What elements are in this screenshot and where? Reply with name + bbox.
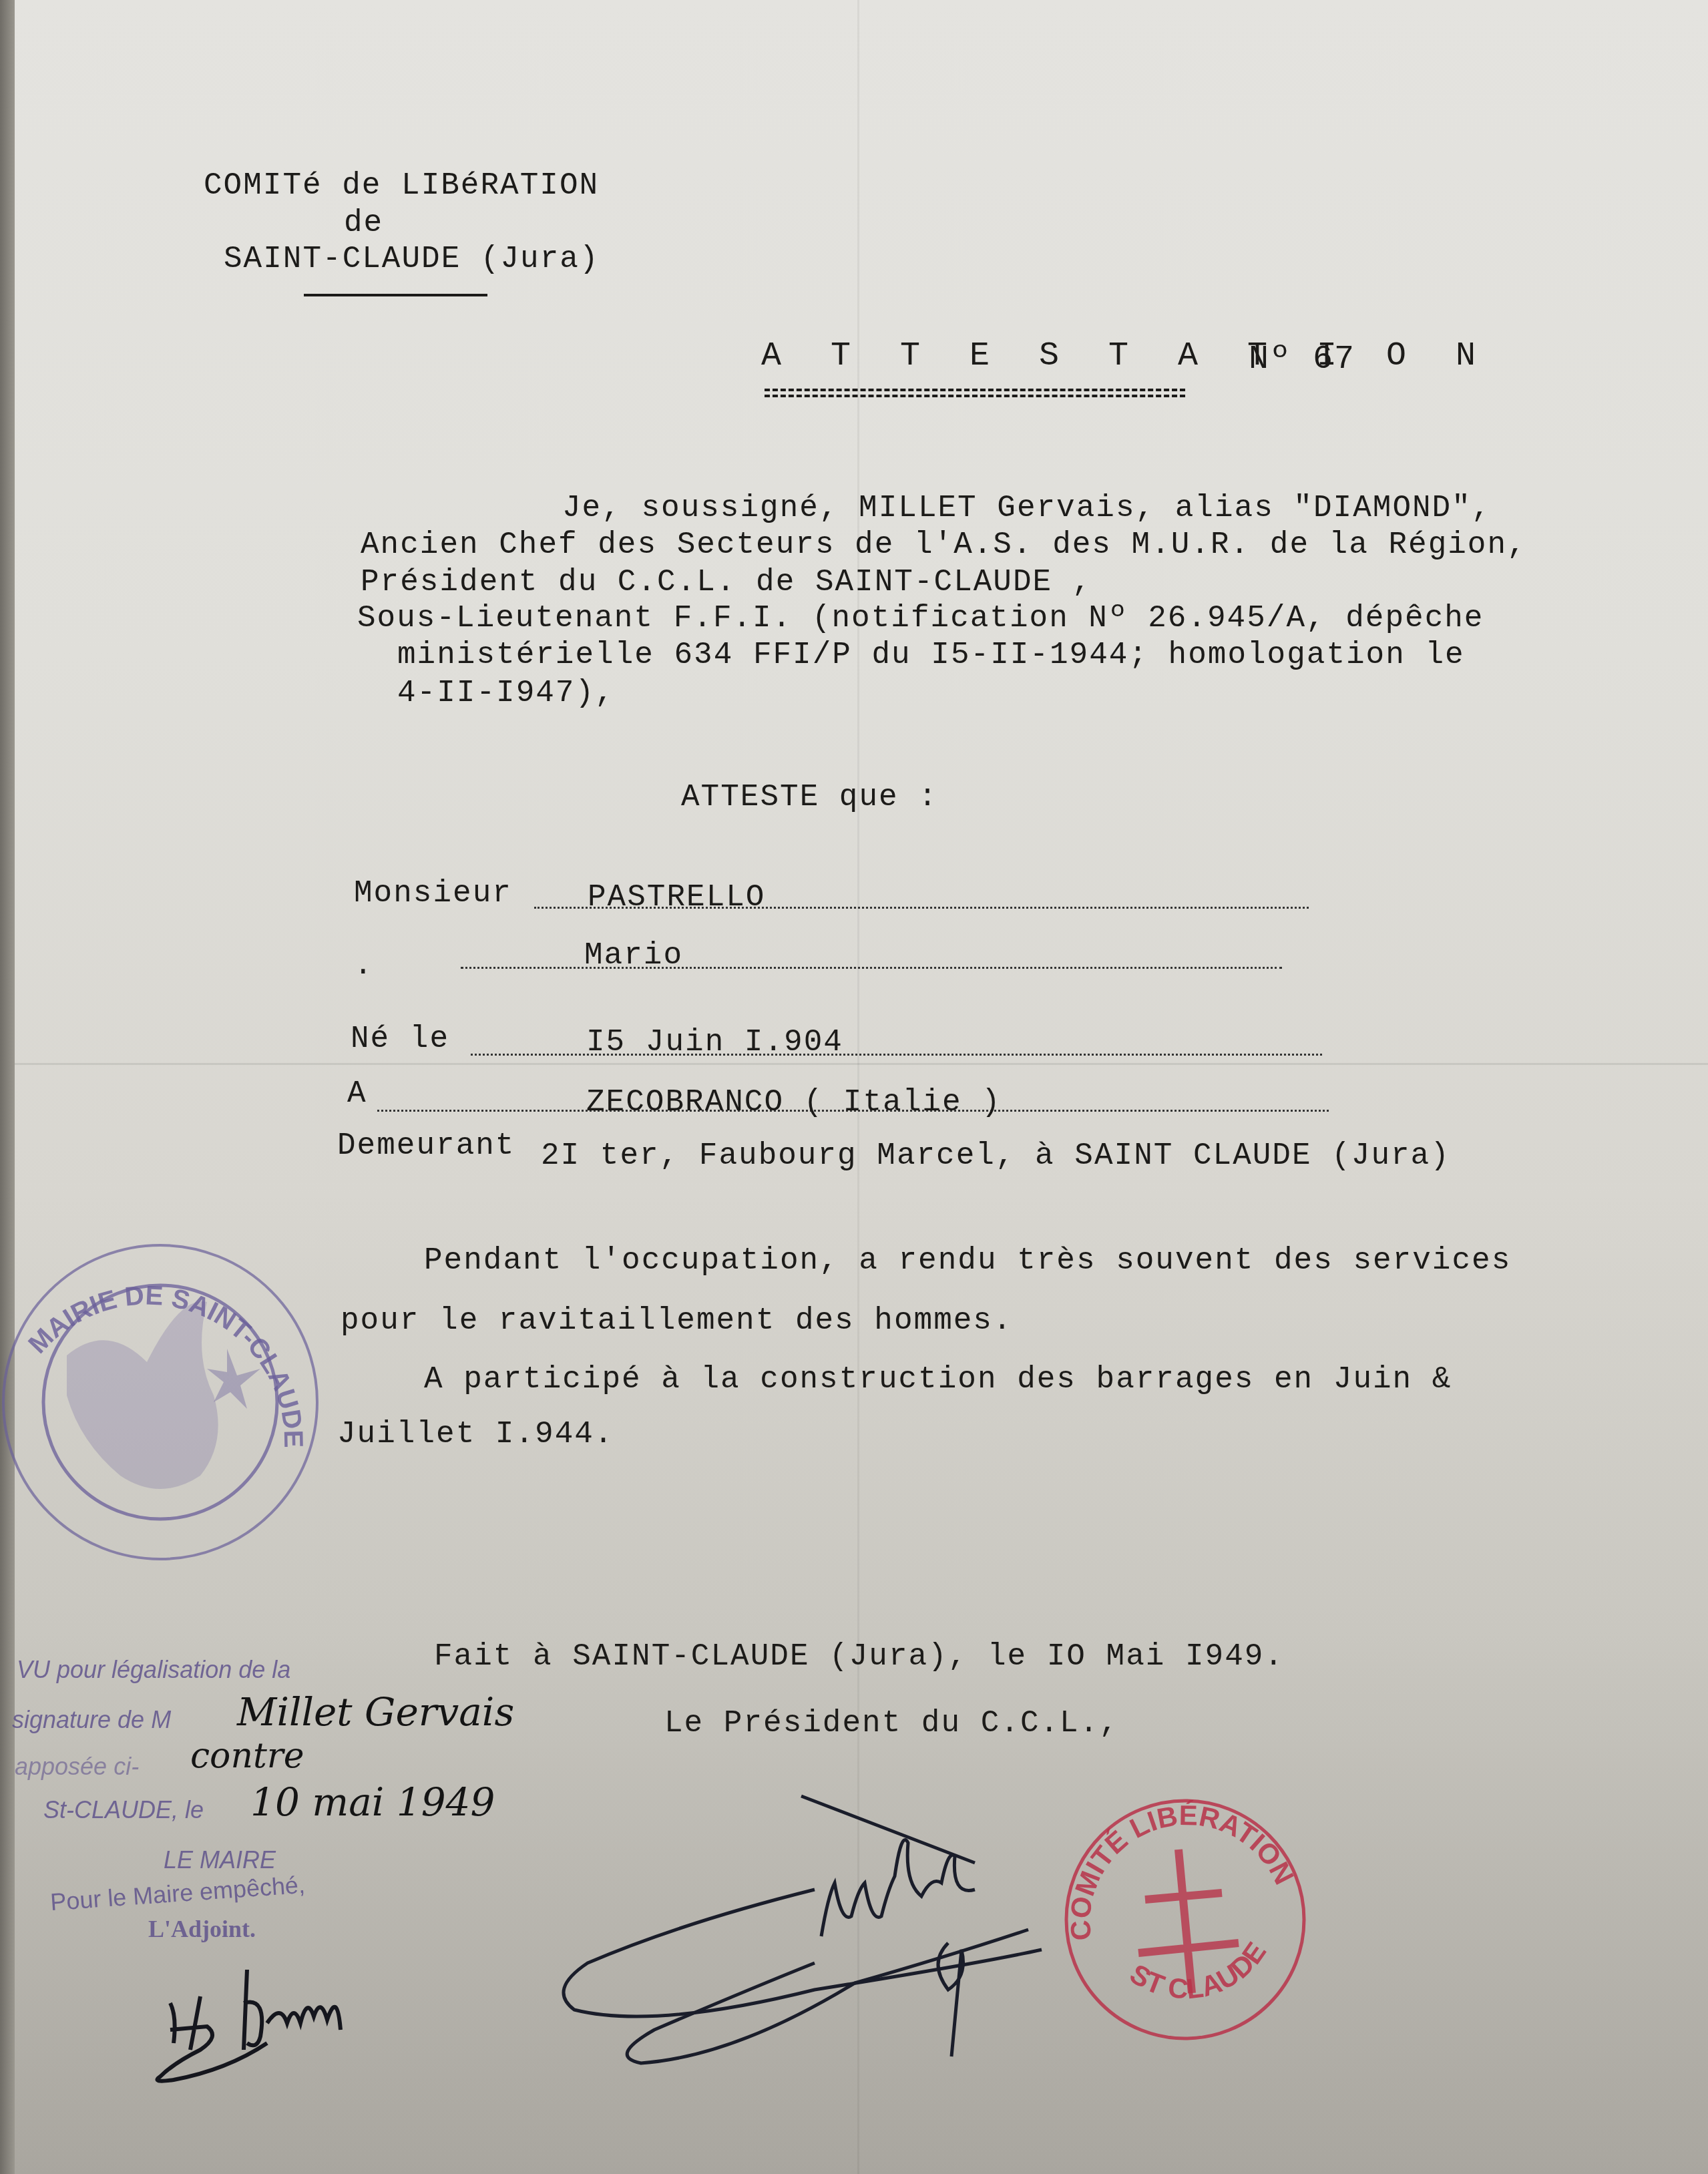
legalisation-line-4: St-CLAUDE, le: [43, 1796, 204, 1824]
header-underline: [304, 294, 487, 296]
header-line-2: de: [344, 206, 383, 240]
body-para2-line2: Juillet I.944.: [337, 1417, 614, 1452]
birthdate-value: I5 Juin I.904: [586, 1025, 843, 1060]
body-para2-line1: A participé à la construction des barrag…: [424, 1362, 1452, 1397]
paper-edge-shadow: [0, 0, 15, 2174]
body-para1-line2: pour le ravitaillement des hommes.: [341, 1303, 1013, 1338]
declarant-line-6: 4-II-I947),: [397, 676, 615, 710]
body-para1-line1: Pendant l'occupation, a rendu très souve…: [424, 1243, 1511, 1278]
place-date: Fait à SAINT-CLAUDE (Jura), le IO Mai I9…: [434, 1639, 1284, 1674]
surname-value: PASTRELLO: [588, 880, 765, 915]
firstname-label: .: [354, 948, 374, 983]
birthdate-label: Né le: [351, 1022, 449, 1056]
legalisation-line-3: apposée ci-: [15, 1753, 139, 1781]
header-line-3: SAINT-CLAUDE (Jura): [224, 242, 600, 276]
title-double-underline: [765, 389, 1185, 397]
legalisation-date-handwritten: 10 mai 1949: [250, 1779, 495, 1825]
atteste-heading: ATTESTE que :: [681, 780, 938, 815]
comite-liberation-stamp: COMITÉ LIBÉRATION ST CLAUDE: [1052, 1786, 1319, 2053]
firstname-value: Mario: [584, 938, 683, 973]
residence-label: Demeurant: [337, 1128, 515, 1163]
declarant-line-1: Je, soussigné, MILLET Gervais, alias "DI…: [562, 491, 1491, 525]
birthplace-value: ZECOBRANCO ( Italie ): [586, 1085, 1002, 1120]
mairie-stamp: MAIRIE DE SAINT-CLAUDE: [0, 1222, 334, 1582]
legalisation-adjoint: L'Adjoint.: [148, 1915, 256, 1943]
declarant-line-5: ministérielle 634 FFI/P du I5-II-1944; h…: [397, 638, 1465, 672]
document-title: A T T E S T A T I O N: [761, 337, 1490, 375]
monsieur-label: Monsieur: [354, 876, 512, 911]
horizontal-fold: [15, 1063, 1708, 1065]
legalisation-line-2: signature de M: [12, 1706, 171, 1734]
declarant-line-3: Président du C.C.L. de SAINT-CLAUDE ,: [361, 565, 1092, 600]
residence-value: 2I ter, Faubourg Marcel, à SAINT CLAUDE …: [541, 1138, 1450, 1173]
birthplace-label: A: [347, 1076, 367, 1111]
declarant-line-4: Sous-Lieutenant F.F.I. (notification Nº …: [357, 601, 1484, 636]
legalisation-contre-handwritten: contre: [190, 1736, 304, 1776]
attestation-number: Nº 67: [1249, 341, 1355, 379]
legalisation-line-1: VU pour légalisation de la: [17, 1656, 290, 1684]
legalisation-name-handwritten: Millet Gervais: [237, 1689, 514, 1735]
adjoint-signature: [147, 1963, 414, 2083]
declarant-line-2: Ancien Chef des Secteurs de l'A.S. des M…: [361, 527, 1527, 562]
header-line-1: COMITé de LIBéRATION: [204, 168, 599, 203]
legalisation-le-maire: LE MAIRE: [164, 1846, 276, 1874]
signatory-title: Le Président du C.C.L.,: [664, 1706, 1119, 1741]
